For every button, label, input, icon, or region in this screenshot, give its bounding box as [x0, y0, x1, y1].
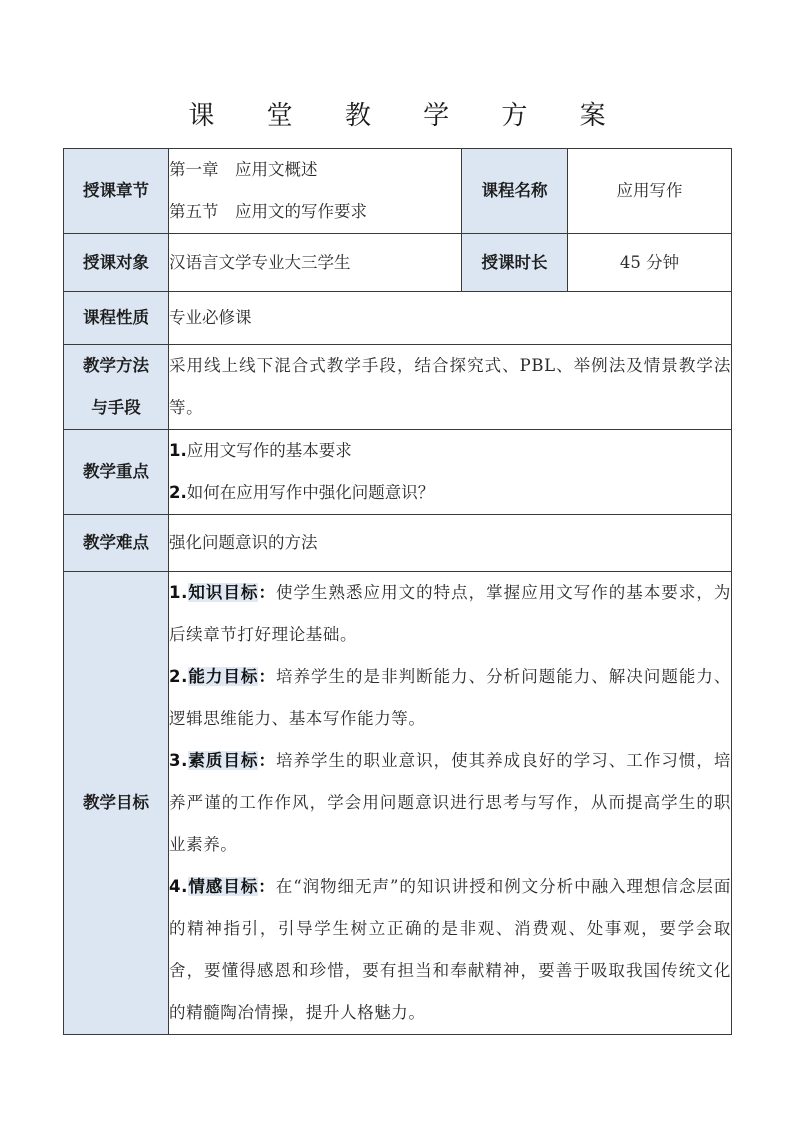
value-difficulties: 强化问题意识的方法	[169, 515, 732, 572]
row-chapter: 授课章节 第一章 应用文概述 第五节 应用文的写作要求 课程名称 应用写作	[64, 149, 732, 234]
objective-colon: ：	[258, 667, 276, 686]
objective-title: 素质目标	[188, 751, 258, 770]
row-key-points: 教学重点 1.应用文写作的基本要求 2.如何在应用写作中强化问题意识？	[64, 430, 732, 515]
label-course-name: 课程名称	[462, 149, 568, 234]
chapter-line-1: 第一章 应用文概述	[169, 149, 461, 191]
value-methods: 采用线上线下混合式教学手段，结合探究式、PBL、举例法及情景教学法等。	[169, 345, 732, 430]
label-difficulties: 教学难点	[64, 515, 169, 572]
value-nature: 专业必修课	[169, 292, 732, 345]
value-key-points: 1.应用文写作的基本要求 2.如何在应用写作中强化问题意识？	[169, 430, 732, 515]
objective-item: 1.知识目标：使学生熟悉应用文的特点，掌握应用文写作的基本要求，为后续章节打好理…	[169, 572, 731, 656]
objective-number: 1.	[169, 583, 188, 602]
row-nature: 课程性质 专业必修课	[64, 292, 732, 345]
objective-item: 2.能力目标：培养学生的是非判断能力、分析问题能力、解决问题能力、逻辑思维能力、…	[169, 656, 731, 740]
row-difficulties: 教学难点 强化问题意识的方法	[64, 515, 732, 572]
row-objectives: 教学目标 1.知识目标：使学生熟悉应用文的特点，掌握应用文写作的基本要求，为后续…	[64, 572, 732, 1035]
lesson-plan-table: 授课章节 第一章 应用文概述 第五节 应用文的写作要求 课程名称 应用写作 授课…	[63, 148, 732, 1035]
row-methods: 教学方法 与手段 采用线上线下混合式教学手段，结合探究式、PBL、举例法及情景教…	[64, 345, 732, 430]
label-audience: 授课对象	[64, 234, 169, 292]
label-duration: 授课时长	[462, 234, 568, 292]
label-methods-line-1: 教学方法	[64, 345, 168, 387]
label-nature: 课程性质	[64, 292, 169, 345]
label-methods-line-2: 与手段	[64, 387, 168, 429]
row-audience: 授课对象 汉语言文学专业大三学生 授课时长 45 分钟	[64, 234, 732, 292]
objective-number: 3.	[169, 751, 188, 770]
label-objectives: 教学目标	[64, 572, 169, 1035]
key-point-number: 1.	[169, 441, 187, 460]
objective-item: 4.情感目标：在“润物细无声”的知识讲授和例文分析中融入理想信念层面的精神指引，…	[169, 866, 731, 1034]
objective-colon: ：	[258, 583, 276, 602]
label-chapter: 授课章节	[64, 149, 169, 234]
objective-title: 知识目标	[188, 583, 258, 602]
objective-title: 能力目标	[188, 667, 258, 686]
key-point-item: 1.应用文写作的基本要求	[169, 430, 731, 472]
key-point-item: 2.如何在应用写作中强化问题意识？	[169, 472, 731, 514]
objective-number: 4.	[169, 877, 188, 896]
chapter-line-2: 第五节 应用文的写作要求	[169, 191, 461, 233]
objective-number: 2.	[169, 667, 188, 686]
key-point-number: 2.	[169, 483, 187, 502]
key-point-text: 如何在应用写作中强化问题意识？	[187, 483, 435, 502]
objective-colon: ：	[258, 751, 276, 770]
objective-item: 3.素质目标：培养学生的职业意识，使其养成良好的学习、工作习惯，培养严谨的工作作…	[169, 740, 731, 866]
objective-title: 情感目标	[188, 877, 258, 896]
value-chapter: 第一章 应用文概述 第五节 应用文的写作要求	[169, 149, 462, 234]
objective-text: 在“润物细无声”的知识讲授和例文分析中融入理想信念层面的精神指引，引导学生树立正…	[169, 877, 731, 1022]
document-title: 课 堂 教 学 方 案	[0, 96, 794, 136]
value-duration: 45 分钟	[568, 234, 732, 292]
value-objectives: 1.知识目标：使学生熟悉应用文的特点，掌握应用文写作的基本要求，为后续章节打好理…	[169, 572, 732, 1035]
key-point-text: 应用文写作的基本要求	[187, 441, 352, 460]
label-key-points: 教学重点	[64, 430, 169, 515]
label-methods: 教学方法 与手段	[64, 345, 169, 430]
value-audience: 汉语言文学专业大三学生	[169, 234, 462, 292]
value-course-name: 应用写作	[568, 149, 732, 234]
objective-colon: ：	[258, 877, 275, 896]
